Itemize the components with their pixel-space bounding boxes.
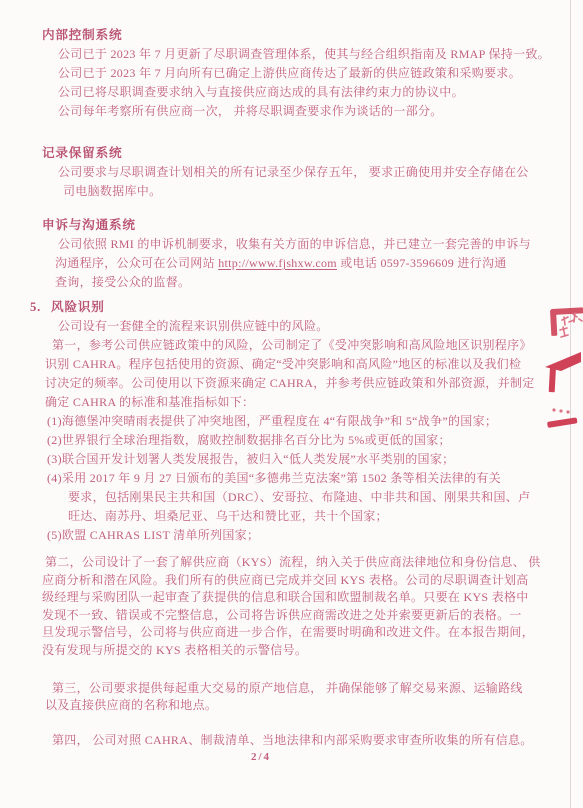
text-line: 第一，参考公司供应链政策中的风险，公司制定了《受冲突影响和高风险地区识别程序》 — [52, 338, 532, 353]
text-line: 公司已于 2023 年 7 月更新了尽职调查管理体系，使其与经合组织指南及 RM… — [58, 47, 550, 62]
section-heading: 内部控制系统 — [42, 28, 122, 43]
text-line: 级经理与采购团队一起审查了获提供的信息和联合国和欧盟制裁名单。只要在 KYS 表… — [42, 590, 529, 605]
text-line: 没有发现与所提交的 KYS 表格相关的示警信号。 — [42, 643, 307, 658]
text-line: 第四， 公司对照 CAHRA、制裁清单、当地法律和内部采购要求审查所收集的所有信… — [52, 733, 533, 748]
text-line: 公司已将尽职调查要求纳入与直接供应商达成的具有法律约束力的协议中。 — [58, 85, 464, 100]
text-line: 发现不一致、错误或不完整信息，公司将告诉供应商需改进之处并索要更新后的表格。一 — [42, 608, 522, 623]
document-page: 内部控制系统公司已于 2023 年 7 月更新了尽职调查管理体系，使其与经合组织… — [0, 0, 583, 808]
text-line: 以及直接供应商的名称和地点。 — [45, 698, 217, 713]
text-line: 查询，接受公众的监督。 — [55, 275, 190, 290]
text-line: 司电脑数据库中。 — [63, 184, 161, 199]
stamp-bracket-fragment — [550, 307, 583, 336]
text-line: 应商分析和潜在风险。我们所有的供应商已完成并交回 KYS 表格。公司的尽职调查计… — [42, 573, 529, 588]
text-line: 要求，包括刚果民主共和国（DRC）、安哥拉、布隆迪、中非共和国、刚果共和国、卢 — [68, 490, 530, 505]
text-line: 公司每年考察所有供应商一次， 并将尽职调查要求作为谈话的一部分。 — [58, 104, 443, 119]
red-stamp-icon — [535, 300, 583, 472]
section-heading: 5.风险识别 — [30, 300, 105, 315]
text-line: 第二，公司设计了一套了解供应商（KYS）流程，纳入关于供应商法律地位和身份信息、… — [45, 555, 541, 570]
stamp-glyphs — [560, 313, 582, 337]
text-line: 识别 CAHRA。程序包括使用的资源、确定“受冲突影响和高风险”地区的标准以及我… — [45, 357, 521, 372]
text-line: 沟通程序，公众可在公司网站 http://www.fjshxw.com 或电话 … — [55, 256, 507, 271]
page-number: 2/4 — [231, 751, 291, 763]
section-heading: 申诉与沟通系统 — [42, 218, 136, 233]
text-line: 公司已于 2023 年 7 月向所有已确定上游供应商传达了最新的供应链政策和采购… — [58, 66, 521, 81]
text-line: (2)世界银行全球治理指数，腐败控制数据排名百分比为 5%或更低的国家； — [47, 433, 451, 448]
text-line: 旺达、南苏丹、坦桑尼亚、乌干达和赞比亚，共十个国家； — [68, 509, 388, 524]
text-line: (5)欧盟 CAHRAS LIST 清单所列国家； — [47, 528, 259, 543]
text-line: 旦发现示警信号，公司将与供应商进一步合作，在需要时明确和改进文件。在本报告期间， — [42, 625, 534, 640]
text-line: 公司要求与尽职调查计划相关的所有记录至少保存五年， 要求正确使用并安全存储在公 — [58, 165, 529, 180]
stamp-bar-fragment — [547, 408, 578, 428]
text-line: (3)联合国开发计划署人类发展报告，被归入“低人类发展”水平类别的国家； — [47, 452, 454, 467]
text-line: 确定 CAHRA 的标准和基准指标如下： — [45, 395, 254, 410]
website-url-text: http://www.fjshxw.com — [218, 256, 337, 270]
text-line: (1)海德堡冲突晴雨表提供了冲突地图，严重程度在 4“有限战争”和 5“战争”的… — [47, 414, 497, 429]
text-line: 第三，公司要求提供每起重大交易的原产地信息， 并确保能够了解交易来源、运输路线 — [52, 681, 523, 696]
text-line: 讨决定的频率。公司使用以下资源来确定 CAHRA，并参考供应链政策和外部资源，并… — [45, 376, 535, 391]
text-line: 公司依照 RMI 的申诉机制要求，收集有关方面的申诉信息，并已建立一套完善的申诉… — [58, 237, 531, 252]
text-line: 公司设有一套健全的流程来识别供应链中的风险。 — [58, 319, 329, 334]
section-heading: 记录保留系统 — [42, 146, 122, 161]
stamp-flag-fragment — [545, 352, 581, 392]
text-line: (4)采用 2017 年 9 月 27 日颁布的美国“多德弗兰克法案”第 150… — [47, 471, 501, 486]
